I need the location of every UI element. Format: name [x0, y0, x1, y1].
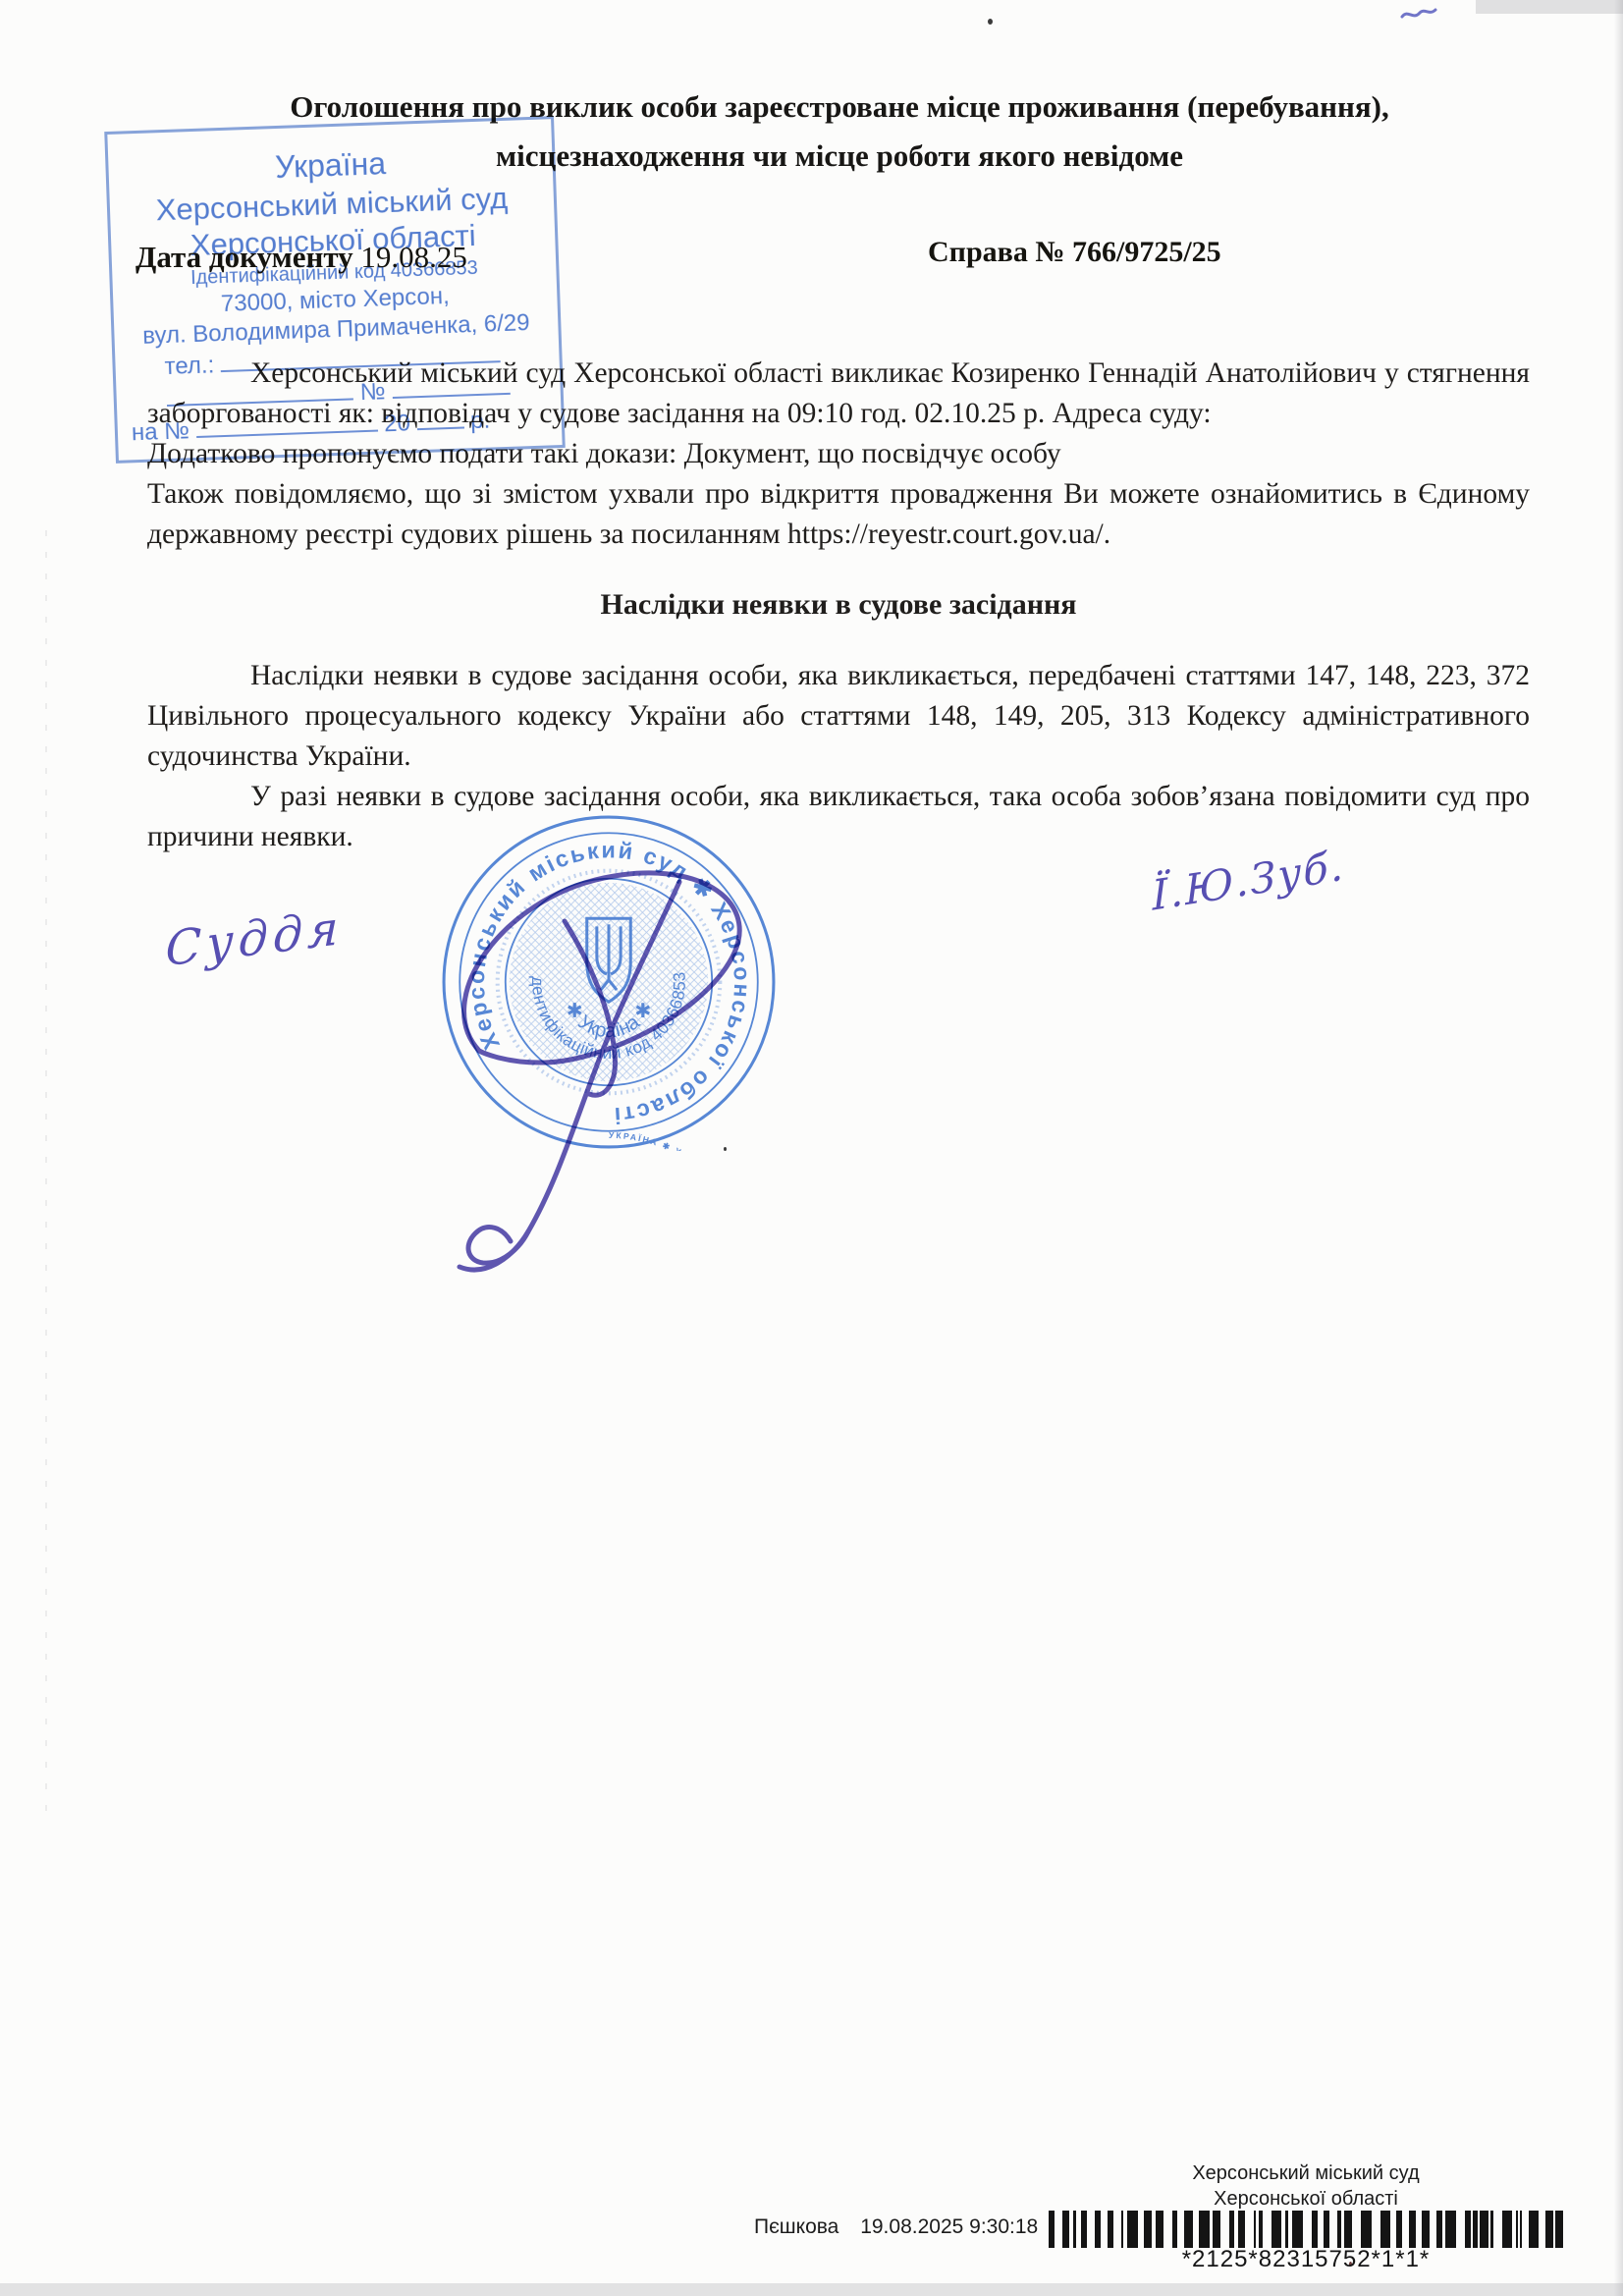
footer-print-datetime: 19.08.2025 9:30:18 — [860, 2215, 1038, 2238]
stamp-blank-line — [392, 373, 511, 399]
document-date-label: Дата документу — [135, 240, 353, 274]
footer-court-line1: Херсонський міський суд — [1109, 2160, 1502, 2186]
stamp-blank-line — [416, 408, 464, 431]
court-header-stamp: Україна Херсонський міський суд Херсонсь… — [104, 116, 566, 464]
stamp-na-no-label: на № — [131, 417, 189, 446]
case-number: Справа № 766/9725/25 — [928, 236, 1221, 269]
judge-signature-scribble — [363, 803, 815, 1285]
stamp-year-suffix: р. — [470, 408, 491, 435]
document-date-value: 19.08.25 — [360, 240, 467, 274]
footer-court-name: Херсонський міський суд Херсонської обла… — [1109, 2160, 1502, 2212]
scan-edge-shadow-right — [1614, 0, 1623, 2296]
scanned-court-document: Оголошення про виклик особи зареєстрован… — [0, 0, 1623, 2296]
document-date-line: Дата документу 19.08.25 — [135, 240, 467, 275]
section-heading: Наслідки неявки в судове засідання — [147, 584, 1530, 625]
scan-speck — [988, 19, 993, 25]
barcode — [1049, 2211, 1563, 2253]
footer-clerk-line: Пєшкова 19.08.2025 9:30:18 — [754, 2215, 1038, 2239]
footer-court-line2: Херсонської області — [1109, 2186, 1502, 2212]
stamp-tel-label: тел.: — [164, 352, 215, 380]
stamp-no-label: № — [359, 378, 386, 406]
stamp-year-prefix: 20 — [384, 410, 411, 437]
paragraph-consequences: Наслідки неявки в судове засідання особи… — [147, 656, 1530, 777]
stamp-blank-line — [167, 378, 354, 407]
footer-clerk-name: Пєшкова — [754, 2215, 839, 2238]
paragraph-registry: Також повідомляємо, що зі змістом ухвали… — [147, 474, 1530, 555]
ink-smudge-mark — [1399, 5, 1438, 27]
stamp-blank-line — [195, 410, 378, 438]
scan-edge-shadow-bottom — [0, 2283, 1623, 2296]
judge-handwritten-label: Суддя — [165, 901, 344, 978]
scan-scratch-line — [45, 530, 47, 1817]
scan-edge-shadow-top — [1476, 0, 1623, 14]
